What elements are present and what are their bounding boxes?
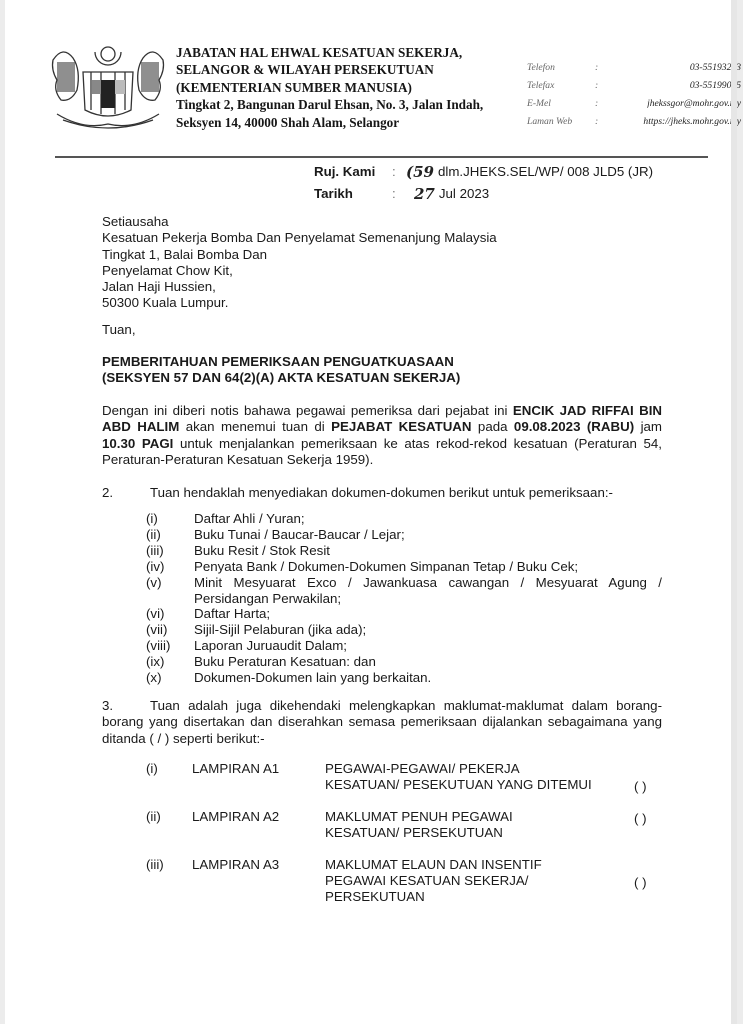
address-line: Tingkat 1, Balai Bomba Dan [102, 247, 662, 263]
address-line: 50300 Kuala Lumpur. [102, 295, 662, 311]
document-list-item: (viii)Laporan Juruaudit Dalam; [146, 638, 662, 654]
attachment-checkbox[interactable]: ( ) [634, 779, 647, 795]
document-list: (i)Daftar Ahli / Yuran;(ii)Buku Tunai / … [146, 511, 662, 686]
attachment-number: (iii) [146, 857, 164, 873]
agency-line: SELANGOR & WILAYAH PERSEKUTUAN [176, 61, 483, 78]
reference-date: Tarikh : 27 Jul 2023 [314, 183, 653, 205]
paragraph-number: 2. [102, 485, 150, 501]
page-edge [731, 0, 737, 1024]
contact-phone: Telefon:03-55193233 [527, 59, 741, 77]
address-line: Jalan Haji Hussien, [102, 279, 662, 295]
attachment-description: MAKLUMAT PENUH PEGAWAIKESATUAN/ PERSEKUT… [325, 809, 513, 841]
attachment-desc-line: MAKLUMAT ELAUN DAN INSENTIF [325, 857, 542, 873]
item-text: Minit Mesyuarat Exco / Jawankuasa cawang… [194, 575, 662, 591]
attachment-description: MAKLUMAT ELAUN DAN INSENTIFPEGAWAI KESAT… [325, 857, 542, 905]
attachment-code: LAMPIRAN A3 [192, 857, 279, 873]
attachment-checkbox[interactable]: ( ) [634, 811, 647, 827]
item-text: Sijil-Sijil Pelaburan (jika ada); [194, 622, 662, 638]
item-text: Persidangan Perwakilan; [194, 591, 662, 607]
subject-heading: PEMBERITAHUAN PEMERIKSAAN PENGUATKUASAAN… [102, 354, 662, 387]
item-text: Buku Resit / Stok Resit [194, 543, 662, 559]
address-line: Penyelamat Chow Kit, [102, 263, 662, 279]
attachment-number: (ii) [146, 809, 161, 825]
letter-page: JABATAN HAL EHWAL KESATUAN SEKERJA, SELA… [5, 0, 737, 1024]
paragraph-1: Dengan ini diberi notis bahawa pegawai p… [102, 403, 662, 468]
item-text: Daftar Ahli / Yuran; [194, 511, 662, 527]
agency-address-line: Tingkat 2, Bangunan Darul Ehsan, No. 3, … [176, 96, 483, 113]
handwritten-day: 27 [414, 183, 435, 205]
document-list-item: (i)Daftar Ahli / Yuran; [146, 511, 662, 527]
item-number: (i) [146, 511, 194, 527]
text: akan menemui tuan di [179, 419, 331, 434]
attachment-desc-line: MAKLUMAT PENUH PEGAWAI [325, 809, 513, 825]
reference-block: Ruj. Kami : (59 dlm.JHEKS.SEL/WP/ 008 JL… [314, 161, 653, 205]
contact-label: E-Mel [527, 95, 595, 113]
document-list-item: (ii)Buku Tunai / Baucar-Baucar / Lejar; [146, 527, 662, 543]
paragraph-3: 3.Tuan adalah juga dikehendaki melengkap… [102, 698, 662, 747]
contact-sep: : [595, 116, 598, 127]
paragraph-text: Tuan hendaklah menyediakan dokumen-dokum… [150, 485, 613, 501]
attachment-desc-line: PEGAWAI-PEGAWAI/ PEKERJA [325, 761, 592, 777]
item-number: (ix) [146, 654, 194, 670]
contact-sep: : [595, 80, 598, 91]
attachment-desc-line: PEGAWAI KESATUAN SEKERJA/ [325, 873, 542, 889]
attachment-code: LAMPIRAN A2 [192, 809, 279, 825]
item-number-blank [146, 591, 194, 607]
subject-line: (SEKSYEN 57 DAN 64(2)(A) AKTA KESATUAN S… [102, 370, 662, 386]
handwritten-ref-number: (59 [406, 161, 434, 183]
header-divider [55, 156, 708, 158]
subject-line: PEMBERITAHUAN PEMERIKSAAN PENGUATKUASAAN [102, 354, 662, 370]
contact-sep: : [595, 98, 598, 109]
address-line: Setiausaha [102, 214, 662, 230]
item-number: (vi) [146, 606, 194, 622]
agency-address-line: Seksyen 14, 40000 Shah Alam, Selangor [176, 114, 483, 131]
item-number: (iv) [146, 559, 194, 575]
document-list-item: (ix)Buku Peraturan Kesatuan: dan [146, 654, 662, 670]
recipient-address: Setiausaha Kesatuan Pekerja Bomba Dan Pe… [102, 214, 662, 312]
document-list-item: (v)Minit Mesyuarat Exco / Jawankuasa caw… [146, 575, 662, 591]
contact-label: Laman Web [527, 113, 595, 131]
item-number: (vii) [146, 622, 194, 638]
contact-value: jhekssgor@mohr.gov.my [647, 95, 741, 113]
coat-of-arms-icon [43, 40, 173, 132]
reference-number: Ruj. Kami : (59 dlm.JHEKS.SEL/WP/ 008 JL… [314, 161, 653, 183]
item-text: Laporan Juruaudit Dalam; [194, 638, 662, 654]
item-number: (viii) [146, 638, 194, 654]
item-text: Buku Tunai / Baucar-Baucar / Lejar; [194, 527, 662, 543]
document-list-item: (iii)Buku Resit / Stok Resit [146, 543, 662, 559]
salutation: Tuan, [102, 322, 662, 338]
contact-label: Telefon [527, 59, 595, 77]
inspection-time: 10.30 PAGI [102, 436, 173, 451]
inspection-date: 09.08.2023 (RABU) [514, 419, 634, 434]
contact-label: Telefax [527, 77, 595, 95]
address-line: Kesatuan Pekerja Bomba Dan Penyelamat Se… [102, 230, 662, 246]
attachment-desc-line: KESATUAN/ PESEKUTUAN YANG DITEMUI [325, 777, 592, 793]
item-number: (v) [146, 575, 194, 591]
item-number: (x) [146, 670, 194, 686]
item-text: Daftar Harta; [194, 606, 662, 622]
agency-line: JABATAN HAL EHWAL KESATUAN SEKERJA, [176, 44, 483, 61]
item-text: Dokumen-Dokumen lain yang berkaitan. [194, 670, 662, 686]
attachment-number: (i) [146, 761, 158, 777]
attachment-checkbox[interactable]: ( ) [634, 875, 647, 891]
contact-value: https://jheks.mohr.gov.my [643, 113, 741, 131]
paragraph-number: 3. [102, 698, 150, 714]
contact-website: Laman Web:https://jheks.mohr.gov.my [527, 113, 741, 131]
contact-sep: : [595, 62, 598, 73]
document-list-item-continued: Persidangan Perwakilan; [146, 591, 662, 607]
ref-value: dlm.JHEKS.SEL/WP/ 008 JLD5 (JR) [438, 161, 653, 183]
paragraph-text: Tuan adalah juga dikehendaki melengkapka… [102, 698, 662, 746]
date-colon: : [392, 183, 406, 205]
item-number: (ii) [146, 527, 194, 543]
contact-block: Telefon:03-55193233 Telefax:03-55199055 … [527, 59, 741, 131]
text: untuk menjalankan pemeriksaan ke atas re… [102, 436, 662, 467]
contact-fax: Telefax:03-55199055 [527, 77, 741, 95]
paragraph-2: 2. Tuan hendaklah menyediakan dokumen-do… [102, 485, 662, 501]
document-list-item: (x)Dokumen-Dokumen lain yang berkaitan. [146, 670, 662, 686]
item-text: Penyata Bank / Dokumen-Dokumen Simpanan … [194, 559, 662, 575]
contact-email: E-Mel:jhekssgor@mohr.gov.my [527, 95, 741, 113]
text: pada [472, 419, 514, 434]
agency-line: (KEMENTERIAN SUMBER MANUSIA) [176, 79, 483, 96]
attachment-code: LAMPIRAN A1 [192, 761, 279, 777]
item-number: (iii) [146, 543, 194, 559]
attachment-desc-line: PERSEKUTUAN [325, 889, 542, 905]
agency-name: JABATAN HAL EHWAL KESATUAN SEKERJA, SELA… [176, 44, 483, 131]
inspection-place: PEJABAT KESATUAN [331, 419, 471, 434]
date-value: Jul 2023 [439, 183, 489, 205]
text: Dengan ini diberi notis bahawa pegawai p… [102, 403, 513, 418]
attachment-description: PEGAWAI-PEGAWAI/ PEKERJAKESATUAN/ PESEKU… [325, 761, 592, 793]
ref-label: Ruj. Kami [314, 161, 392, 183]
ref-colon: : [392, 161, 406, 183]
attachment-desc-line: KESATUAN/ PERSEKUTUAN [325, 825, 513, 841]
document-list-item: (vi)Daftar Harta; [146, 606, 662, 622]
text: jam [634, 419, 662, 434]
document-list-item: (iv)Penyata Bank / Dokumen-Dokumen Simpa… [146, 559, 662, 575]
date-label: Tarikh [314, 183, 392, 205]
item-text: Buku Peraturan Kesatuan: dan [194, 654, 662, 670]
document-list-item: (vii)Sijil-Sijil Pelaburan (jika ada); [146, 622, 662, 638]
